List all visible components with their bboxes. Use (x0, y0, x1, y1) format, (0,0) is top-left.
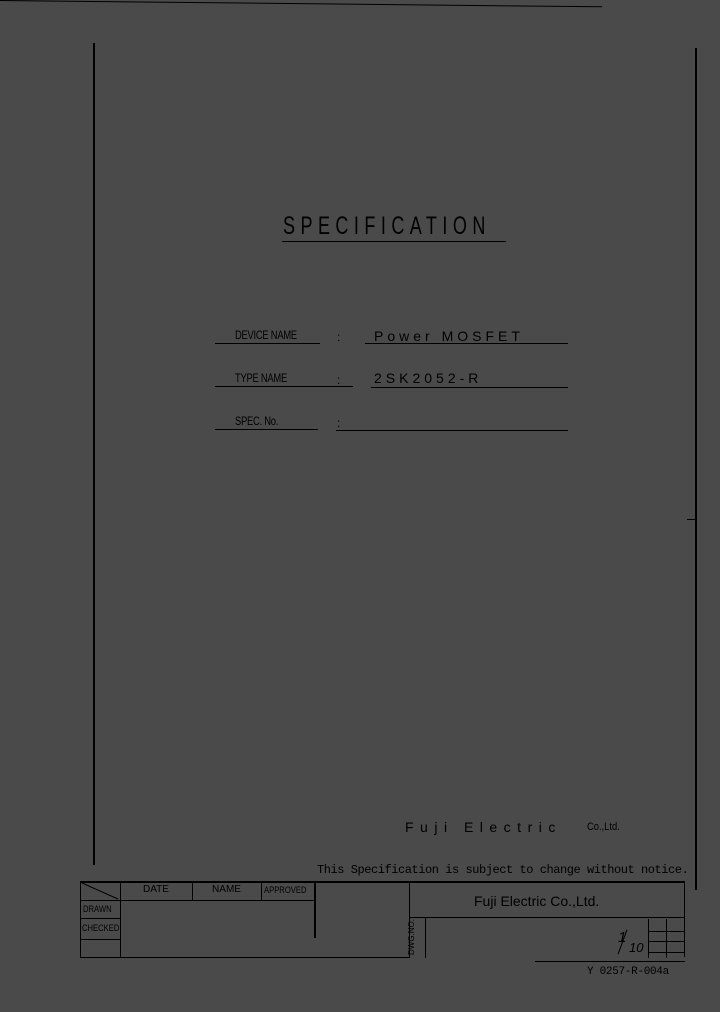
corner-diagonal (80, 881, 120, 901)
field-separator: : (337, 330, 340, 344)
grid-line (648, 941, 684, 942)
field-underline (365, 343, 568, 344)
grid-line (648, 931, 684, 932)
dwg-no-label: DWG.NO. (407, 919, 416, 955)
field-underline (215, 343, 320, 344)
document-title: SPECIFICATION (283, 212, 491, 241)
frame-top-border (0, 0, 602, 7)
field-label: DEVICE NAME (235, 328, 297, 342)
form-code: Y 0257-R-004a (587, 966, 669, 978)
company-name: Fuji Electric Co.,Ltd. (474, 893, 599, 909)
grid-line (425, 918, 426, 958)
field-separator: : (337, 416, 340, 430)
header-approved: APPROVED (264, 885, 307, 895)
grid-line (684, 883, 685, 957)
grid-line (80, 939, 120, 940)
title-block-top-border (80, 881, 685, 883)
grid-line (535, 961, 685, 962)
field-underline (215, 429, 318, 430)
row-label-checked: CHECKED (82, 923, 119, 933)
grid-line (80, 918, 120, 919)
row-label-drawn: DRAWN (83, 904, 112, 914)
field-label: SPEC. No. (235, 414, 278, 428)
header-date: DATE (120, 884, 192, 895)
field-underline (336, 430, 568, 431)
company-suffix: Co.,Ltd. (587, 821, 620, 833)
grid-line (314, 881, 316, 938)
grid-line (409, 917, 684, 918)
field-value: Power MOSFET (374, 328, 524, 344)
frame-left-border (93, 43, 95, 865)
field-underline (215, 386, 353, 387)
field-label: TYPE NAME (235, 371, 287, 385)
frame-right-border (695, 48, 697, 890)
change-notice: This Specification is subject to change … (317, 863, 688, 877)
field-underline (371, 387, 568, 388)
grid-line (261, 881, 262, 901)
grid-line (648, 952, 684, 953)
field-separator: : (337, 373, 340, 387)
frame-center-mark (687, 519, 697, 520)
title-block-bottom-border (80, 957, 410, 958)
company-name-spaced: Fuji Electric (405, 819, 562, 835)
header-name: NAME (192, 884, 261, 895)
field-value: 2SK2052-R (374, 370, 482, 386)
page-total: 10 (629, 940, 643, 955)
title-underline (282, 241, 506, 242)
